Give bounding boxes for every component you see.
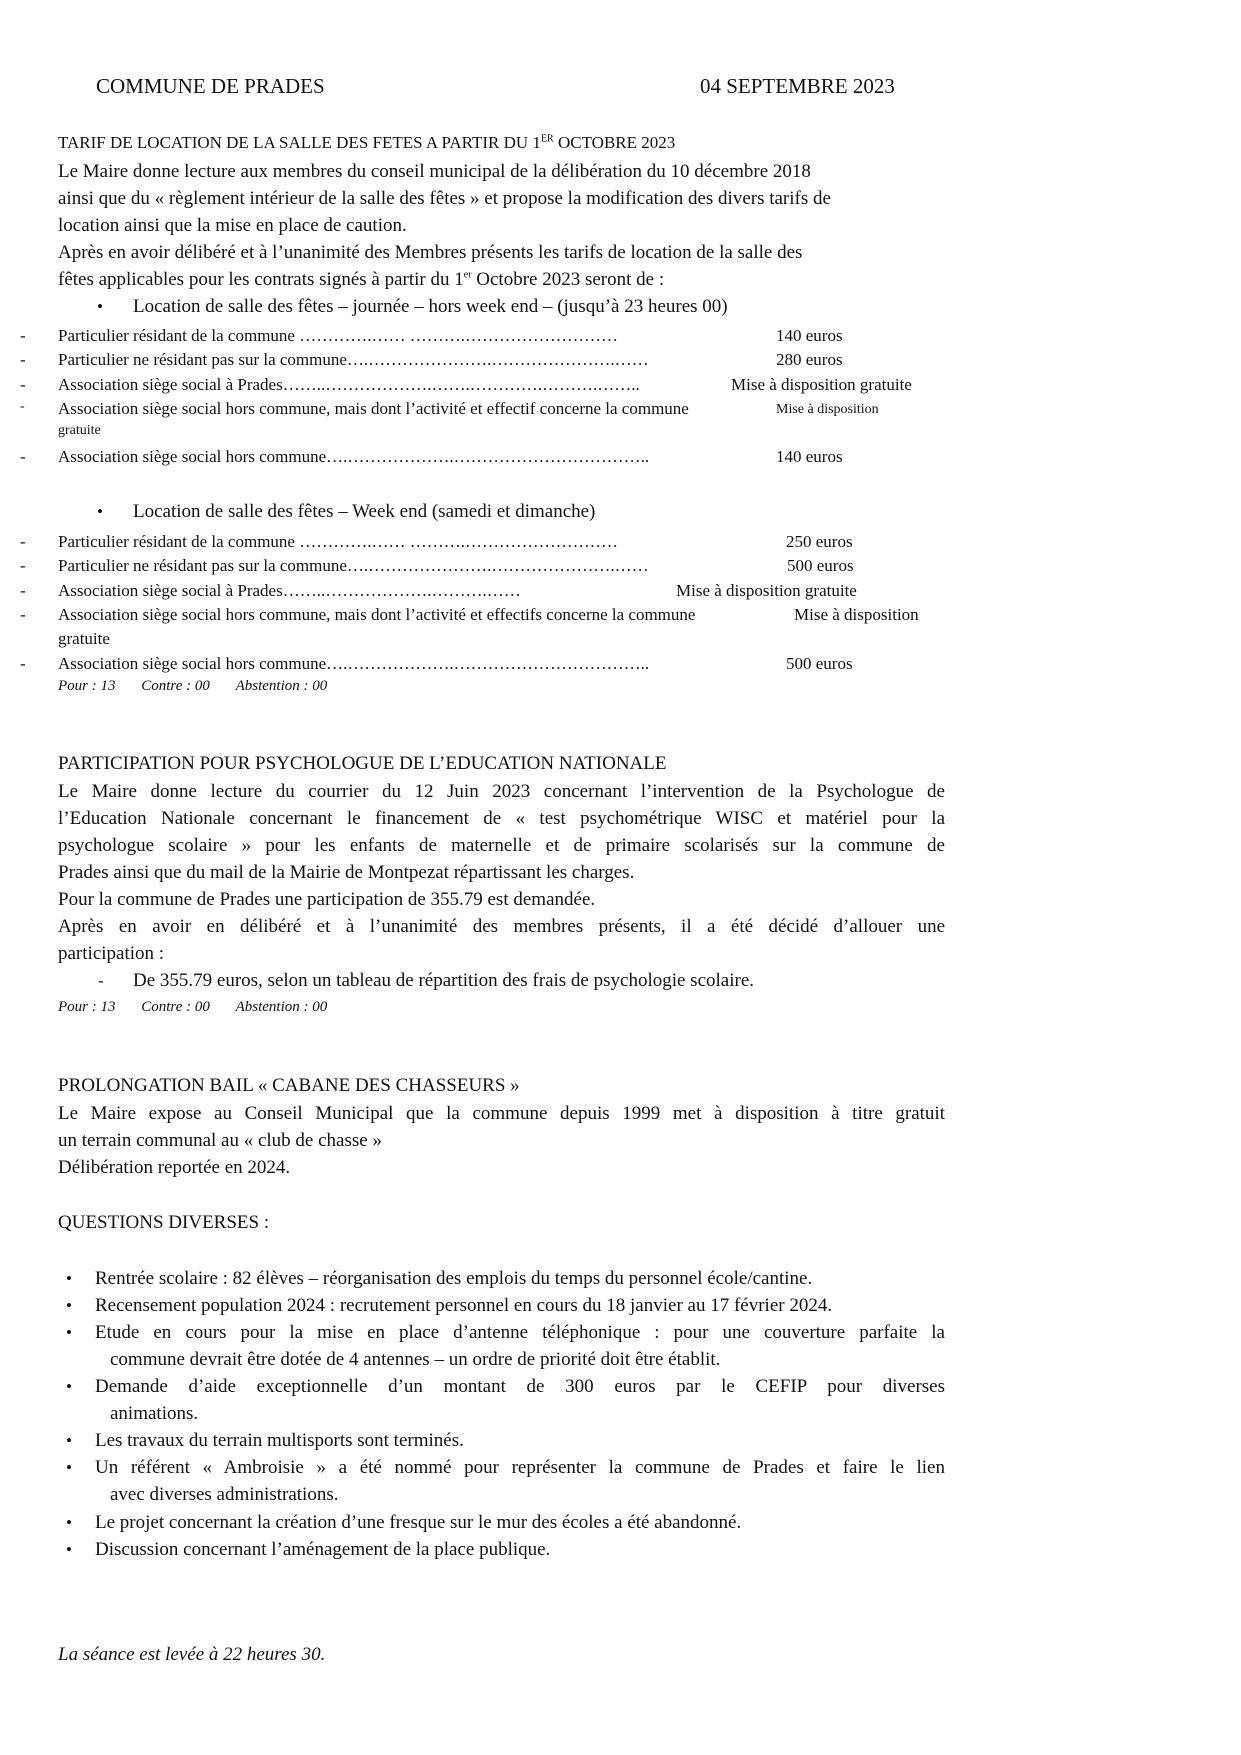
tariff-label: Particulier résidant de la commune ………….…	[58, 533, 618, 550]
bail-para-line: un terrain communal au « club de chasse …	[58, 1131, 382, 1150]
tariff-amount: 280 euros	[776, 351, 843, 368]
psy-para-line: psychologue scolaire » pour les enfants …	[58, 836, 945, 855]
vote-contre: Contre : 00	[141, 678, 210, 694]
tariff-amount: 250 euros	[786, 533, 853, 550]
tariff-amount: Mise à disposition gratuite	[731, 376, 912, 393]
commune-name: COMMUNE DE PRADES	[96, 76, 325, 97]
weekend-heading: Location de salle des fêtes – Week end (…	[133, 502, 595, 521]
text: fêtes applicables pour les contrats sign…	[58, 269, 464, 290]
tariff-label: Particulier ne résidant pas sur la commu…	[58, 351, 649, 368]
dash-icon: -	[20, 582, 26, 599]
section-title-bail: PROLONGATION BAIL « CABANE DES CHASSEURS…	[58, 1076, 520, 1095]
question-item-line: Discussion concernant l’aménagement de l…	[95, 1540, 550, 1559]
weekday-heading: Location de salle des fêtes – journée – …	[133, 297, 728, 316]
bullet-icon: •	[66, 1541, 72, 1558]
tariff-label: Association siège social à Prades……..…………	[58, 376, 640, 393]
question-item-line: Recensement population 2024 : recrutemen…	[95, 1296, 832, 1315]
question-item-line: Rentrée scolaire : 82 élèves – réorganis…	[95, 1269, 812, 1288]
question-item-line: Un référent « Ambroisie » a été nommé po…	[95, 1458, 945, 1477]
question-item-line: commune devrait être dotée de 4 antennes…	[110, 1350, 720, 1369]
tariff-amount: Mise à disposition	[794, 606, 919, 623]
tariff-label: Association siège social hors commune, m…	[58, 606, 695, 623]
psy-para-line: Après en avoir en délibéré et à l’unanim…	[58, 917, 945, 936]
question-item-line: Demande d’aide exceptionnelle d’un monta…	[95, 1377, 945, 1396]
tariff-amount: 140 euros	[776, 327, 843, 344]
section-title-psy: PARTICIPATION POUR PSYCHOLOGUE DE L’EDUC…	[58, 754, 666, 773]
psy-para-line: Pour la commune de Prades une participat…	[58, 890, 595, 909]
question-item-line: Le projet concernant la création d’une f…	[95, 1513, 741, 1532]
tariff-amount: Mise à disposition	[776, 403, 879, 417]
vote-abstention: Abstention : 00	[236, 678, 328, 694]
vote-contre: Contre : 00	[141, 999, 210, 1015]
tarif-para-line: location ainsi que la mise en place de c…	[58, 216, 407, 235]
bullet-icon: •	[97, 298, 103, 315]
psy-para-line: Prades ainsi que du mail de la Mairie de…	[58, 863, 634, 882]
vote-result: Pour : 13 Contre : 00 Abstention : 00	[58, 1000, 327, 1015]
bullet-icon: •	[66, 1297, 72, 1314]
title-text: TARIF DE LOCATION DE LA SALLE DES FETES …	[58, 133, 541, 152]
question-item-line: Etude en cours pour la mise en place d’a…	[95, 1323, 945, 1342]
vote-pour: Pour : 13	[58, 678, 116, 694]
dash-icon: -	[20, 557, 26, 574]
tariff-amount-continuation: gratuite	[58, 630, 110, 647]
dash-icon: -	[20, 376, 26, 393]
tariff-amount: 500 euros	[787, 557, 854, 574]
bullet-icon: •	[97, 503, 103, 520]
dash-icon: -	[20, 533, 26, 550]
text: Octobre 2023 seront de :	[472, 269, 665, 290]
psy-para-line: participation :	[58, 944, 164, 963]
psy-para-line: l’Education Nationale concernant le fina…	[58, 809, 945, 828]
bullet-icon: •	[66, 1378, 72, 1395]
tariff-label: Particulier résidant de la commune ………….…	[58, 327, 618, 344]
tariff-label: Association siège social hors commune….……	[58, 655, 649, 672]
tarif-para-line: Le Maire donne lecture aux membres du co…	[58, 162, 811, 181]
section-title-tarif: TARIF DE LOCATION DE LA SALLE DES FETES …	[58, 134, 675, 151]
closing-statement: La séance est levée à 22 heures 30.	[58, 1645, 325, 1664]
tariff-amount-continuation: gratuite	[58, 424, 101, 438]
tariff-label: Association siège social à Prades……..…………	[58, 582, 521, 599]
vote-abstention: Abstention : 00	[236, 999, 328, 1015]
section-title-questions: QUESTIONS DIVERSES :	[58, 1213, 269, 1232]
bail-para-line: Le Maire expose au Conseil Municipal que…	[58, 1104, 945, 1123]
meeting-date: 04 SEPTEMBRE 2023	[700, 76, 895, 97]
bail-para-line: Délibération reportée en 2024.	[58, 1158, 290, 1177]
dash-icon: -	[20, 351, 26, 368]
dash-icon: -	[98, 972, 104, 989]
question-item-line: avec diverses administrations.	[110, 1485, 338, 1504]
dash-icon: -	[20, 327, 26, 344]
tarif-para-line: fêtes applicables pour les contrats sign…	[58, 270, 664, 289]
tarif-para-line: ainsi que du « règlement intérieur de la…	[58, 189, 831, 208]
title-sup: ER	[541, 133, 554, 144]
dash-icon: -	[20, 606, 26, 623]
dash-icon: -	[20, 655, 26, 672]
psy-para-line: Le Maire donne lecture du courrier du 12…	[58, 782, 945, 801]
tarif-para-line: Après en avoir délibéré et à l’unanimité…	[58, 243, 802, 262]
tariff-label: Particulier ne résidant pas sur la commu…	[58, 557, 649, 574]
dash-icon: -	[20, 400, 25, 414]
title-text-end: OCTOBRE 2023	[554, 133, 676, 152]
question-item-line: animations.	[110, 1404, 198, 1423]
tariff-label: Association siège social hors commune….……	[58, 448, 649, 465]
tariff-amount: 500 euros	[786, 655, 853, 672]
psy-item: De 355.79 euros, selon un tableau de rép…	[133, 971, 754, 990]
bullet-icon: •	[66, 1324, 72, 1341]
sup: er	[464, 270, 472, 281]
dash-icon: -	[20, 448, 26, 465]
bullet-icon: •	[66, 1514, 72, 1531]
vote-result: Pour : 13 Contre : 00 Abstention : 00	[58, 679, 327, 694]
question-item-line: Les travaux du terrain multisports sont …	[95, 1431, 464, 1450]
vote-pour: Pour : 13	[58, 999, 116, 1015]
tariff-amount: Mise à disposition gratuite	[676, 582, 857, 599]
tariff-amount: 140 euros	[776, 448, 843, 465]
bullet-icon: •	[66, 1459, 72, 1476]
tariff-label: Association siège social hors commune, m…	[58, 400, 689, 417]
bullet-icon: •	[66, 1432, 72, 1449]
bullet-icon: •	[66, 1270, 72, 1287]
